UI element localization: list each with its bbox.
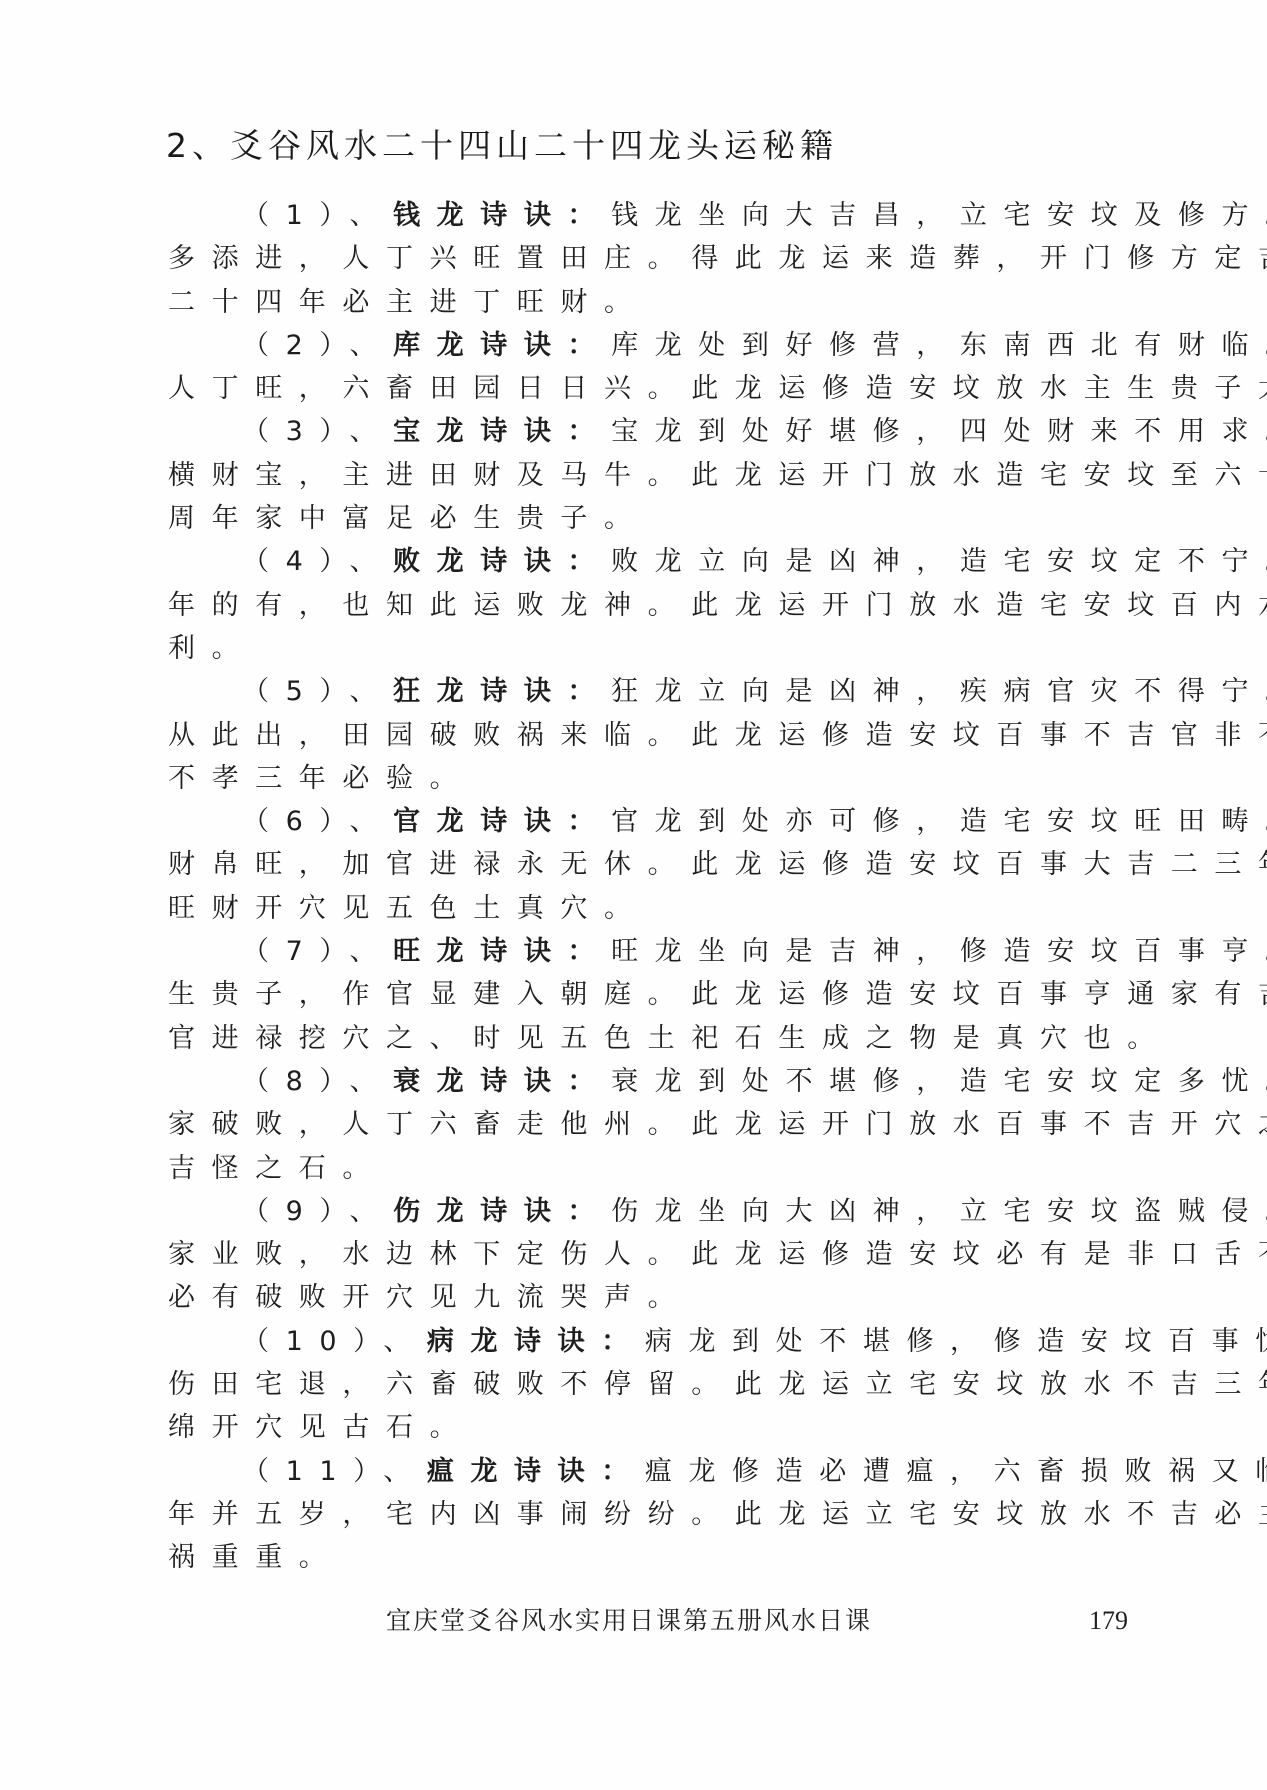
section-number: （10）、 — [242, 1326, 427, 1357]
section-10-first-line: （10）、病龙诗诀：病龙到处不堪修，修造安坟百事忧。人丁损 — [168, 1320, 1138, 1363]
text-line: 年的有，也知此运败龙神。此龙运开门放水造宅安坟百内六畜人丁败不 — [168, 584, 1138, 627]
page-footer-title: 宜庆堂爻谷风水实用日课第五册风水日课 — [386, 1604, 872, 1638]
section-label: 败龙诗诀： — [393, 546, 611, 577]
document-page: 2、爻谷风水二十四山二十四龙头运秘籍 （1）、钱龙诗诀：钱龙坐向大吉昌，立宅安坟… — [0, 0, 1267, 1790]
section-number: （8）、 — [242, 1066, 393, 1097]
text-line: 祸重重。 — [168, 1536, 1138, 1579]
section-3-first-line: （3）、宝龙诗诀：宝龙到处好堪修，四处财来不用求。多招东西 — [168, 410, 1138, 453]
text-line: 二十四年必主进丁旺财。 — [168, 281, 1138, 324]
section-text: 瘟龙修造必遭瘟，六畜损败祸又临。不出三 — [645, 1456, 1267, 1487]
text-line: 利。 — [168, 627, 1138, 670]
text-line: 家业败，水边林下定伤人。此龙运修造安坟必有是非口舌不断三年五载 — [168, 1233, 1138, 1276]
text-line: 旺财开穴见五色土真穴。 — [168, 887, 1138, 930]
section-text: 伤龙坐向大凶神，立宅安坟盗贼侵。若不军贼 — [611, 1196, 1267, 1227]
section-number: （7）、 — [242, 936, 393, 967]
section-5-first-line: （5）、狂龙诗诀：狂龙立向是凶神，疾病官灾不得宁。横死生离 — [168, 670, 1138, 713]
section-text: 钱龙坐向大吉昌，立宅安坟及修方。金银钱财 — [611, 200, 1267, 231]
section-label: 官龙诗诀： — [393, 806, 611, 837]
section-1-first-line: （1）、钱龙诗诀：钱龙坐向大吉昌，立宅安坟及修方。金银钱财 — [168, 194, 1138, 237]
text-line: 必有破败开穴见九流哭声。 — [168, 1276, 1138, 1319]
section-label: 旺龙诗诀： — [393, 936, 611, 967]
section-text: 败龙立向是凶神，造宅安坟定不宁。疾病官非 — [611, 546, 1267, 577]
section-number: （2）、 — [242, 330, 393, 361]
section-label: 衰龙诗诀： — [393, 1066, 611, 1097]
section-9-first-line: （9）、伤龙诗诀：伤龙坐向大凶神，立宅安坟盗贼侵。若不军贼 — [168, 1190, 1138, 1233]
section-4-first-line: （4）、败龙诗诀：败龙立向是凶神，造宅安坟定不宁。疾病官非 — [168, 540, 1138, 583]
text-line: 伤田宅退，六畜破败不停留。此龙运立宅安坟放水不吉三年五载官非绵 — [168, 1363, 1138, 1406]
section-text: 旺龙坐向是吉神，修造安坟百事亨。家中吉宁 — [611, 936, 1267, 967]
text-line: 生贵子，作官显建入朝庭。此龙运修造安坟百事亨通家有吉庆生贵子加 — [168, 973, 1138, 1016]
text-line: 财帛旺，加官进禄永无休。此龙运修造安坟百事大吉二三年生贵子添丁 — [168, 843, 1138, 886]
text-line: 吉怪之石。 — [168, 1147, 1138, 1190]
text-line: 不孝三年必验。 — [168, 757, 1138, 800]
section-label: 狂龙诗诀： — [393, 676, 611, 707]
section-number: （11）、 — [242, 1456, 427, 1487]
section-text: 库龙处到好修营，东南西北有财临。田蚕大熟 — [611, 330, 1267, 361]
text-line: 人丁旺，六畜田园日日兴。此龙运修造安坟放水主生贵子大发财。 — [168, 367, 1138, 410]
section-text: 狂龙立向是凶神，疾病官灾不得宁。横死生离 — [611, 676, 1267, 707]
text-line: 年并五岁，宅内凶事闹纷纷。此龙运立宅安坟放水不吉必主六畜损败凶 — [168, 1493, 1138, 1536]
text-line: 横财宝，主进田财及马牛。此龙运开门放水造宅安坟至六十日当有财进 — [168, 454, 1138, 497]
text-line: 官进禄挖穴之、时见五色土祀石生成之物是真穴也。 — [168, 1017, 1138, 1060]
section-number: （1）、 — [242, 200, 393, 231]
section-text: 宝龙到处好堪修，四处财来不用求。多招东西 — [611, 416, 1267, 447]
section-number: （9）、 — [242, 1196, 393, 1227]
section-label: 伤龙诗诀： — [393, 1196, 611, 1227]
body-text: （1）、钱龙诗诀：钱龙坐向大吉昌，立宅安坟及修方。金银钱财 多添进，人丁兴旺置田… — [168, 194, 1138, 1580]
section-11-first-line: （11）、瘟龙诗诀：瘟龙修造必遭瘟，六畜损败祸又临。不出三 — [168, 1450, 1138, 1493]
text-line: 家破败，人丁六畜走他州。此龙运开门放水百事不吉开穴之时见虫蚁及 — [168, 1103, 1138, 1146]
page-number: 179 — [1089, 1604, 1128, 1638]
section-label: 瘟龙诗诀： — [427, 1456, 645, 1487]
text-line: 从此出，田园破败祸来临。此龙运修造安坟百事不吉官非不断家内忤逆 — [168, 714, 1138, 757]
text-line: 绵开穴见古石。 — [168, 1406, 1138, 1449]
section-label: 宝龙诗诀： — [393, 416, 611, 447]
section-text: 病龙到处不堪修，修造安坟百事忧。人丁损 — [645, 1326, 1267, 1357]
section-label: 钱龙诗诀： — [393, 200, 611, 231]
text-line: 多添进，人丁兴旺置田庄。得此龙运来造葬，开门修方定吉祥。至一百 — [168, 237, 1138, 280]
section-number: （5）、 — [242, 676, 393, 707]
section-number: （3）、 — [242, 416, 393, 447]
section-number: （4）、 — [242, 546, 393, 577]
section-6-first-line: （6）、官龙诗诀：官龙到处亦可修，造宅安坟旺田畴。多生贵子 — [168, 800, 1138, 843]
section-text: 衰龙到处不堪修，造宅安坟定多忧。三年五岁 — [611, 1066, 1267, 1097]
text-line: 周年家中富足必生贵子。 — [168, 497, 1138, 540]
section-label: 库龙诗诀： — [393, 330, 611, 361]
section-2-first-line: （2）、库龙诗诀：库龙处到好修营，东南西北有财临。田蚕大熟 — [168, 324, 1138, 367]
section-number: （6）、 — [242, 806, 393, 837]
section-7-first-line: （7）、旺龙诗诀：旺龙坐向是吉神，修造安坟百事亨。家中吉宁 — [168, 930, 1138, 973]
section-heading: 2、爻谷风水二十四山二十四龙头运秘籍 — [166, 124, 838, 168]
section-text: 官龙到处亦可修，造宅安坟旺田畴。多生贵子 — [611, 806, 1267, 837]
section-8-first-line: （8）、衰龙诗诀：衰龙到处不堪修，造宅安坟定多忧。三年五岁 — [168, 1060, 1138, 1103]
section-label: 病龙诗诀： — [427, 1326, 645, 1357]
